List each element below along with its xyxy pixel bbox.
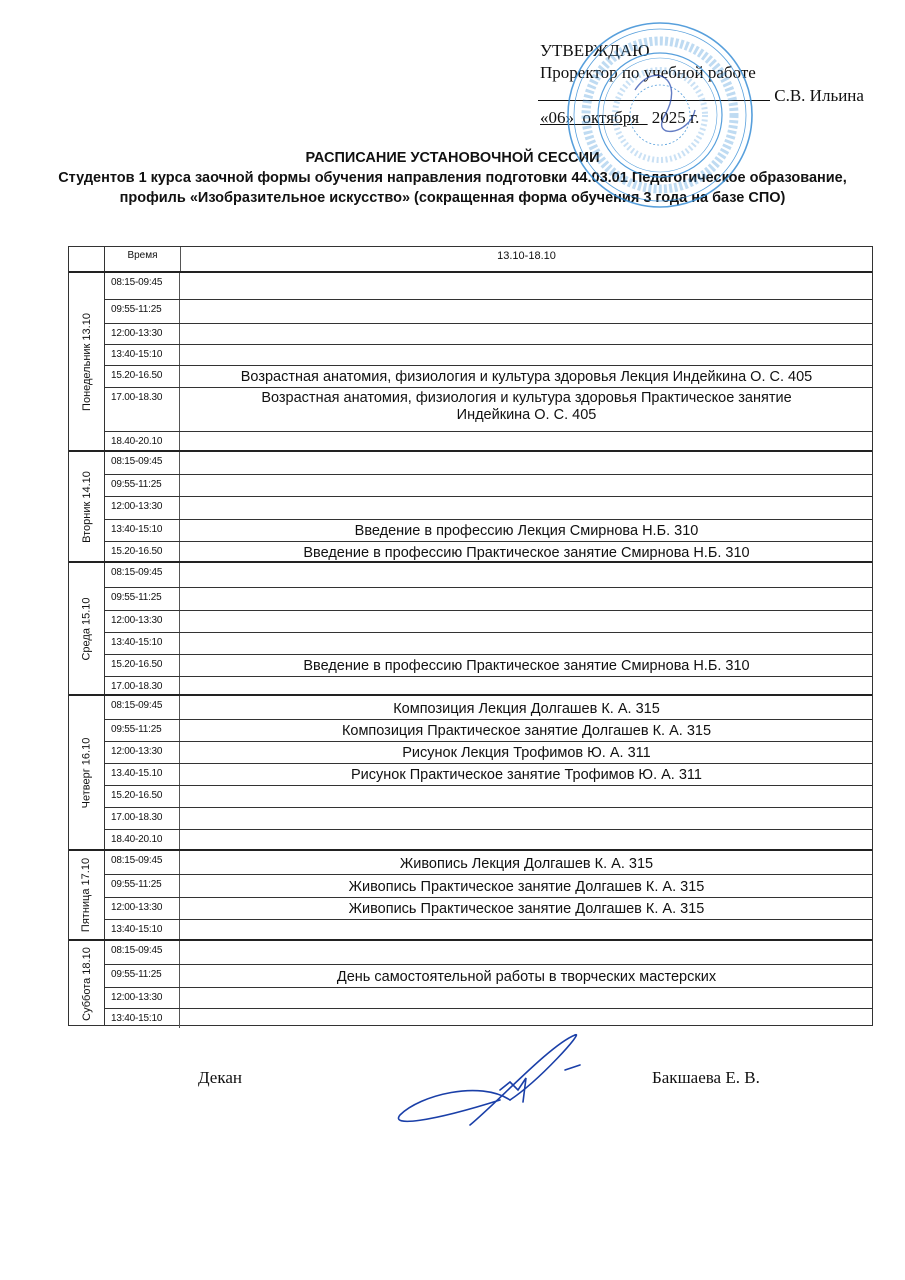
table-row: 12:00-13:30	[105, 496, 872, 519]
slot-time: 08:15-09:45	[105, 851, 180, 874]
slot-time: 08:15-09:45	[105, 696, 180, 719]
approval-position: Проректор по учебной работе	[540, 62, 864, 84]
approval-date: «06»_октября_ 2025 г.	[540, 107, 864, 129]
footer-name: Бакшаева Е. В.	[652, 1068, 760, 1088]
slot-time: 17.00-18.30	[105, 388, 180, 431]
approval-signature-line: С.В. Ильина	[540, 84, 864, 107]
day-block: Вторник 14.1008:15-09:4509:55-11:2512:00…	[69, 450, 872, 561]
table-row: 15.20-16.50Возрастная анатомия, физиолог…	[105, 365, 872, 387]
slot-subject	[181, 497, 872, 519]
table-row: 08:15-09:45	[105, 941, 872, 964]
day-block: Четверг 16.1008:15-09:45Композиция Лекци…	[69, 694, 872, 849]
day-block: Среда 15.1008:15-09:4509:55-11:2512:00-1…	[69, 561, 872, 694]
slot-time: 13:40-15:10	[105, 1009, 180, 1028]
table-row: 12:00-13:30	[105, 323, 872, 344]
approval-date-day: «06»	[540, 108, 574, 127]
slot-time: 13:40-15:10	[105, 920, 180, 941]
slot-subject	[181, 345, 872, 365]
slot-subject	[181, 300, 872, 323]
table-row: 09:55-11:25	[105, 587, 872, 610]
slot-subject	[181, 808, 872, 829]
slot-time: 09:55-11:25	[105, 300, 180, 323]
slot-time: 18.40-20.10	[105, 432, 180, 452]
slot-time: 09:55-11:25	[105, 588, 180, 610]
slot-time: 12:00-13:30	[105, 898, 180, 919]
table-row: 09:55-11:25Живопись Практическое занятие…	[105, 874, 872, 897]
slot-time: 17.00-18.30	[105, 808, 180, 829]
slot-subject	[181, 273, 872, 299]
header-dates: 13.10-18.10	[181, 247, 872, 271]
day-label-text: Вторник 14.10	[81, 471, 93, 543]
day-block: Пятница 17.1008:15-09:45Живопись Лекция …	[69, 849, 872, 939]
table-row: 12:00-13:30	[105, 610, 872, 632]
slot-time: 08:15-09:45	[105, 452, 180, 474]
slot-subject	[181, 633, 872, 654]
slot-subject	[181, 324, 872, 344]
table-row: 15.20-16.50	[105, 785, 872, 807]
slot-time: 15.20-16.50	[105, 655, 180, 676]
slot-subject	[181, 563, 872, 587]
table-row: 13:40-15:10	[105, 919, 872, 941]
slot-time: 08:15-09:45	[105, 941, 180, 964]
header-time: Время	[105, 247, 181, 271]
slot-subject	[181, 920, 872, 941]
slot-subject: Возрастная анатомия, физиология и культу…	[181, 366, 872, 387]
table-row: 13:40-15:10	[105, 632, 872, 654]
table-row: 17.00-18.30Возрастная анатомия, физиолог…	[105, 387, 872, 431]
table-row: 18.40-20.10	[105, 829, 872, 851]
day-label-text: Понедельник 13.10	[81, 313, 93, 411]
table-row: 15.20-16.50Введение в профессию Практиче…	[105, 654, 872, 676]
table-row: 13.40-15.10Рисунок Практическое занятие …	[105, 763, 872, 785]
slot-time: 12:00-13:30	[105, 324, 180, 344]
slot-subject: Композиция Практическое занятие Долгашев…	[181, 720, 872, 741]
slot-time: 08:15-09:45	[105, 563, 180, 587]
table-row: 15.20-16.50Введение в профессию Практиче…	[105, 541, 872, 563]
slot-subject: Рисунок Лекция Трофимов Ю. А. 311	[181, 742, 872, 763]
slot-time: 09:55-11:25	[105, 475, 180, 496]
signature-underline	[538, 84, 770, 101]
day-block: Суббота 18.1008:15-09:4509:55-11:25День …	[69, 939, 872, 1026]
slot-subject	[181, 432, 872, 452]
table-row: 12:00-13:30Рисунок Лекция Трофимов Ю. А.…	[105, 741, 872, 763]
day-label-text: Пятница 17.10	[81, 858, 93, 932]
day-label: Вторник 14.10	[69, 452, 105, 561]
slot-time: 12:00-13:30	[105, 988, 180, 1008]
slot-time: 18.40-20.10	[105, 830, 180, 851]
table-row: 08:15-09:45Живопись Лекция Долгашев К. А…	[105, 851, 872, 874]
day-block: Понедельник 13.1008:15-09:4509:55-11:251…	[69, 271, 872, 450]
slot-subject	[181, 452, 872, 474]
approval-signer: С.В. Ильина	[774, 86, 864, 105]
document-title: РАСПИСАНИЕ УСТАНОВОЧНОЙ СЕССИИ Студентов…	[0, 148, 905, 208]
day-label: Понедельник 13.10	[69, 273, 105, 450]
table-row: 09:55-11:25День самостоятельной работы в…	[105, 964, 872, 987]
table-row: 09:55-11:25	[105, 299, 872, 323]
slot-subject: День самостоятельной работы в творческих…	[181, 965, 872, 987]
approval-date-year: 2025 г.	[652, 108, 700, 127]
slot-subject	[181, 588, 872, 610]
slot-subject	[181, 611, 872, 632]
day-label-text: Среда 15.10	[81, 597, 93, 660]
table-row: 08:15-09:45Композиция Лекция Долгашев К.…	[105, 696, 872, 719]
slot-subject	[181, 1009, 872, 1028]
slot-subject: Живопись Лекция Долгашев К. А. 315	[181, 851, 872, 874]
table-row: 13:40-15:10	[105, 344, 872, 365]
day-label: Среда 15.10	[69, 563, 105, 694]
title-main: РАСПИСАНИЕ УСТАНОВОЧНОЙ СЕССИИ	[0, 148, 905, 168]
table-row: 17.00-18.30	[105, 676, 872, 696]
slot-subject: Живопись Практическое занятие Долгашев К…	[181, 898, 872, 919]
slot-time: 09:55-11:25	[105, 875, 180, 897]
table-row: 08:15-09:45	[105, 563, 872, 587]
day-label-text: Четверг 16.10	[81, 737, 93, 808]
slot-subject: Живопись Практическое занятие Долгашев К…	[181, 875, 872, 897]
slot-time: 13.40-15.10	[105, 764, 180, 785]
table-row: 12:00-13:30Живопись Практическое занятие…	[105, 897, 872, 919]
slot-subject	[181, 475, 872, 496]
slot-time: 13:40-15:10	[105, 633, 180, 654]
table-row: 08:15-09:45	[105, 273, 872, 299]
table-row: 13:40-15:10Введение в профессию Лекция С…	[105, 519, 872, 541]
day-label: Четверг 16.10	[69, 696, 105, 849]
slot-time: 15.20-16.50	[105, 542, 180, 563]
slot-time: 12:00-13:30	[105, 611, 180, 632]
approval-heading: УТВЕРЖДАЮ	[540, 40, 864, 62]
slot-time: 09:55-11:25	[105, 720, 180, 741]
table-row: 17.00-18.30	[105, 807, 872, 829]
slot-time: 13:40-15:10	[105, 345, 180, 365]
slot-time: 09:55-11:25	[105, 965, 180, 987]
slot-time: 13:40-15:10	[105, 520, 180, 541]
title-line3: профиль «Изобразительное искусство» (сок…	[0, 188, 905, 208]
table-row: 09:55-11:25Композиция Практическое занят…	[105, 719, 872, 741]
slot-subject	[181, 786, 872, 807]
dean-signature-icon	[390, 1030, 600, 1130]
slot-subject: Введение в профессию Лекция Смирнова Н.Б…	[181, 520, 872, 541]
slot-subject: Возрастная анатомия, физиология и культу…	[181, 388, 872, 431]
slot-subject	[181, 830, 872, 851]
table-row: 13:40-15:10	[105, 1008, 872, 1028]
slot-subject: Введение в профессию Практическое заняти…	[181, 542, 872, 563]
slot-subject	[181, 988, 872, 1008]
table-row: 18.40-20.10	[105, 431, 872, 452]
day-label: Суббота 18.10	[69, 941, 105, 1026]
table-row: 12:00-13:30	[105, 987, 872, 1008]
slot-subject: Композиция Лекция Долгашев К. А. 315	[181, 696, 872, 719]
slot-time: 08:15-09:45	[105, 273, 180, 299]
slot-time: 12:00-13:30	[105, 497, 180, 519]
slot-time: 15.20-16.50	[105, 366, 180, 387]
slot-time: 12:00-13:30	[105, 742, 180, 763]
slot-time: 15.20-16.50	[105, 786, 180, 807]
day-label: Пятница 17.10	[69, 851, 105, 939]
slot-subject	[181, 941, 872, 964]
table-row: 09:55-11:25	[105, 474, 872, 496]
table-row: 08:15-09:45	[105, 452, 872, 474]
footer-role: Декан	[198, 1068, 242, 1088]
slot-subject: Рисунок Практическое занятие Трофимов Ю.…	[181, 764, 872, 785]
header-corner-cell	[69, 247, 105, 271]
schedule-table: Время 13.10-18.10 Понедельник 13.1008:15…	[68, 246, 873, 1026]
slot-subject: Введение в профессию Практическое заняти…	[181, 655, 872, 676]
approval-block: УТВЕРЖДАЮ Проректор по учебной работе С.…	[540, 40, 864, 129]
day-label-text: Суббота 18.10	[81, 947, 93, 1021]
approval-date-month: октября	[583, 108, 640, 127]
title-line2: Студентов 1 курса заочной формы обучения…	[0, 168, 905, 188]
